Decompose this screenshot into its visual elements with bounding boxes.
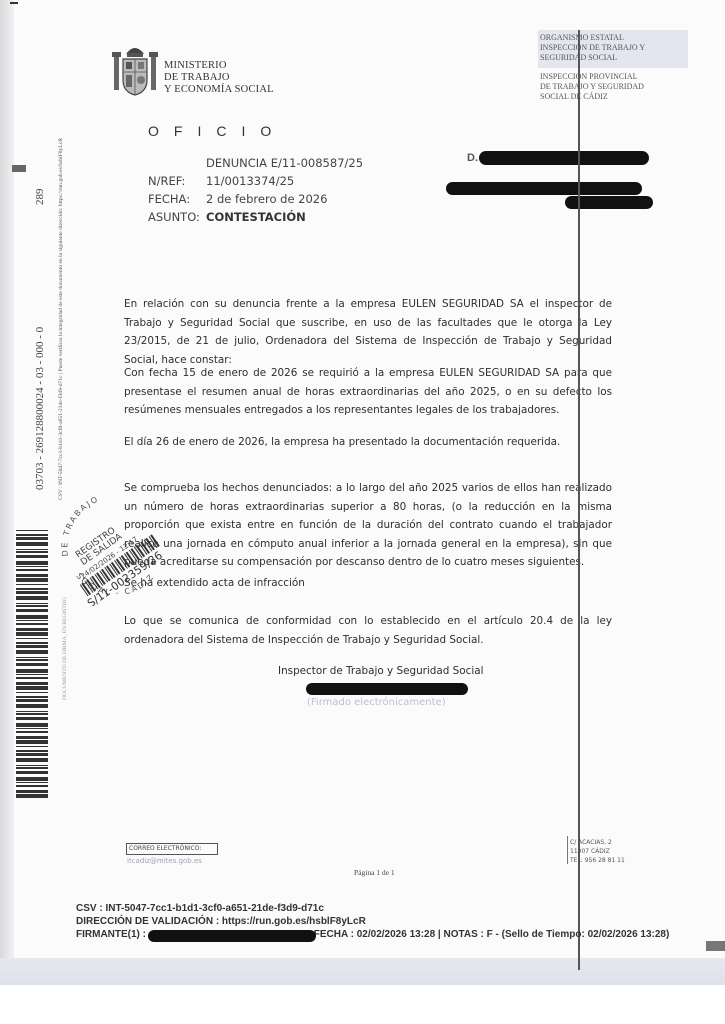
registry-stamp: DE TRABAJO SOCIAL - CÁDIZ REGISTRO DE SA… [56,486,176,606]
nref-row: N/REF: 11/0013374/25 [148,172,363,190]
margin-number: 289 [34,189,46,206]
scan-bottom-edge [0,958,725,985]
redaction-mark [479,151,649,165]
document-title: OFICIO [148,123,286,139]
page-indicator: Página 1 de 1 [354,868,395,877]
validation-url[interactable]: DIRECCIÓN DE VALIDACIÓN : https://run.go… [76,915,669,928]
organism-name: ORGANISMO ESTATAL INSPECCIÓN DE TRABAJO … [540,33,645,63]
fecha-row: FECHA: 2 de febrero de 2026 [148,190,363,208]
body-paragraph: Lo que se comunica de conformidad con lo… [124,612,612,649]
body-paragraph: Con fecha 15 de enero de 2026 se requiri… [124,364,612,420]
redaction-mark [446,182,642,195]
provincial-office-name: INSPECCIÓN PROVINCIAL DE TRABAJO Y SEGUR… [540,72,644,102]
registry-code: 03703 - 269128800024 - 03 - 000 - 0 [34,327,46,490]
scan-mark [706,941,725,951]
body-paragraph: Se comprueba los hechos denunciados: a l… [124,479,612,572]
margin-csv-note: CSV : INT-5047-7cc1-b1d1-3cf0-a651-21de-… [58,138,64,500]
body-paragraph: El día 26 de enero de 2026, la empresa h… [124,433,612,452]
email-label: CORREO ELECTRÓNICO: [126,843,218,855]
signature-title: Inspector de Trabajo y Seguridad Social [278,665,483,677]
reference-block: DENUNCIA E/11-008587/25 N/REF: 11/001337… [148,154,363,226]
signer-redaction [148,930,316,942]
signature-redaction [306,683,468,695]
registry-barcode [16,530,48,798]
spanish-coat-of-arms-icon [112,42,158,97]
body-paragraph: Se ha extendido acta de infracción [124,574,612,593]
email-link[interactable]: itcadiz@mites.gob.es [127,857,202,865]
body-paragraph: En relación con su denuncia frente a la … [124,295,612,369]
scan-mark [10,2,18,4]
ministry-name: MINISTERIO DE TRABAJO Y ECONOMÍA SOCIAL [164,60,274,96]
address-divider [567,836,568,864]
scan-fold-line [578,30,580,970]
asunto-row: ASUNTO: CONTESTACIÓN [148,208,363,226]
csv-code: CSV : INT-5047-7cc1-b1d1-3cf0-a651-21de-… [76,902,669,915]
office-address: C/ ACACIAS, 2 11007 CÁDIZ TEL: 956 28 81… [570,838,625,865]
signature-note: (Firmado electrónicamente) [307,697,446,708]
scan-shadow [0,0,14,985]
scan-mark [12,165,26,172]
denuncia-ref: DENUNCIA E/11-008587/25 [206,154,363,172]
margin-firma-note: DOCUMENTO DE FIRMA, EN REGISTRO [62,597,68,700]
recipient-prefix: D. [467,152,478,164]
